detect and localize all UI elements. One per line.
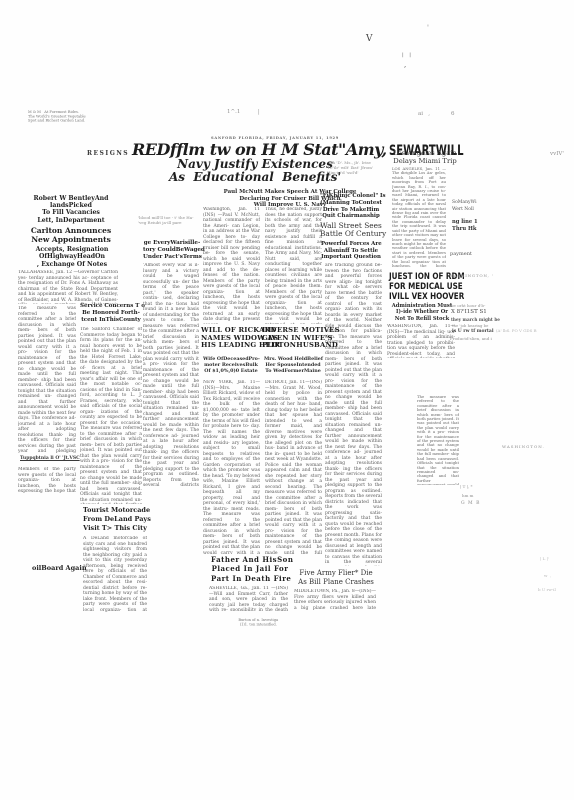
stray-vviv-mark: vvIV': [550, 151, 564, 157]
masthead-ear-slogan: M & M At Foremost Rides.The World's Grea…: [28, 110, 109, 123]
stray-pipes-mark: | |: [402, 52, 413, 58]
fragment-top-right-tiny: (A' lbS. PO V GDS B: [496, 328, 537, 333]
article-body-middletown: MIDDLETOWN, Pa., Jan. 8—(INS)—Five army …: [294, 589, 376, 610]
fragment-line-6: Productd'slien, and i: [450, 336, 492, 341]
headline-rum-hoover: JUEST ION OF RDMFOR MEDICAL USEIVILL VEX…: [389, 272, 453, 302]
headline-tourist-motorcade: Tourist MotorcadeFrom DeLand PaysVisit T…: [83, 506, 147, 533]
fragment-line-3: they march might be: [451, 317, 500, 322]
article-body-tallahassee-tail: Members of the party were guests of the …: [18, 467, 76, 493]
article-body-mcnutt: Washington, Jan. 11 (INS) —Paul V. McNut…: [203, 207, 260, 324]
stray-comma-mark: ,: [404, 61, 406, 69]
headline-bentley: Robert W BentleyAndlandsPickedTo Fill Va…: [18, 195, 124, 224]
article-body-mcnutt-2: Thus, he declared, justly does the natio…: [265, 207, 322, 324]
article-body-deland: A DeLand motorcade of sixty cars and one…: [83, 536, 147, 612]
article-body-right-tail: The measure was referred to the committe…: [417, 395, 459, 485]
col6-pre-fragment: -4th 'D'. Ms., jb'. Irise'lU'ilr' wilt' …: [327, 161, 373, 175]
article-body-los-angeles: LOS ANGELES, Jan. 11 —The dirigible Los …: [392, 167, 446, 267]
fragment-line-5: is U rw tf mortal: [452, 329, 494, 334]
fragment-bottom-right-3: G M B: [461, 501, 480, 506]
subhead-wife-estate: Wife OfDeceasedPro-moter ReceivesBulkOf …: [203, 356, 259, 374]
fragment-edge-2: w ,: [544, 573, 551, 578]
article-body-hoover: WASHINGTON, Jan. 11— (INS)—The medicinal…: [387, 324, 455, 358]
headline-service-concerns: Service Concerns T oBe Honored Forth-tce…: [80, 303, 142, 324]
stray-ai6-mark: ai , 6: [418, 111, 455, 117]
fragment-line-1: be orht hour d'b-: [451, 303, 485, 308]
headline-carlton: Carlton AnnouncesNew Appointments: [16, 227, 126, 244]
fragment-ngline: ng line 1Thru Hk: [452, 219, 478, 233]
headline-accepts: Accepts, ResignationOfHighwayHeadOn, Exc…: [18, 246, 126, 268]
fragment-bottom-right-2: hm m: [462, 493, 473, 498]
fragment-washington-small: WASHINGTON, ': [449, 273, 494, 278]
credit-line: Burton of n. Investiga(1)1. ton intensif…: [229, 618, 288, 627]
highlight-fragment: Tuppqbtnia li O' 'Jt.VSC: [20, 456, 80, 461]
headline-rickard-will: WILL OF RICKARDNAMES WIDOW ASHIS LEADING…: [201, 327, 261, 350]
headline-army-fliers: Five Army Flier* DieAs Bill Plane Crashe…: [293, 569, 379, 587]
subhead-administration: Administration MustI)-ide Whether OrNot …: [391, 303, 453, 322]
subhead-mrs-wood: Mrs. Wood HeldBeliefHer SpouseIntendedTo…: [264, 356, 322, 374]
fragment-line-4: the 'job hearing be: [452, 323, 488, 328]
article-body-service: The Sanford Chamber of Commerce today be…: [80, 327, 142, 504]
headline-powerful-forces: Powerful Forces AreAllsninff To SettleIm…: [321, 241, 381, 261]
headline-war-pact: ge EveryWarisille-tory CouldBeWagedUnder…: [143, 240, 201, 261]
fragment-somany: SoManyWiWert Noll: [452, 200, 477, 213]
fragment-payment: payment: [450, 251, 472, 257]
headline-wall-street: Wall Street SeesBattle Of Century: [320, 222, 382, 239]
article-body-asheville: ASHEVILLE, Ga., Jan. 11 —(INS)—Will and …: [209, 586, 288, 611]
stray-apostrophe-mark: ': [427, 24, 429, 32]
newspaper-page: ' V | | , 1^.1 | ai , 6 vvIV' M & M At F…: [0, 0, 574, 800]
fragment-edge-1: | L |': [540, 556, 549, 561]
headline-oilboard: oilBoard Again: [32, 564, 87, 572]
kicker-resigns: RESIGNS: [87, 150, 129, 157]
fragment-bottom-right-1: | T |, *: [460, 484, 472, 489]
stray-v-mark: V: [366, 34, 373, 44]
article-body-pact: 'Almost every war is il- lusory and a vi…: [143, 263, 199, 488]
fragment-edge-3: b U rw-il: [538, 587, 556, 592]
headline-diverse-motives: DIVERSE MOTIVESGIVEN IN WIFE'SPLOTONHUSB…: [262, 327, 322, 350]
fragment-line-2: X 8?'I1ST S1: [451, 309, 487, 315]
col3-pre-fragment: 'blood mill'll toe - t' the Ha-'veg Reiu…: [138, 216, 193, 226]
article-body-tallahassee-col1: The measure was referred to the committe…: [18, 306, 76, 454]
article-body-forces: are tracking ground be- tween the two fa…: [325, 263, 382, 566]
article-body-tallahassee-lead: TALLAHASSEE, Jan. 12 —Governor Carlton y…: [18, 270, 118, 304]
article-body-newyork: NEW YORK, Jan. 11— (INS)—Mrs. Maxine Ell…: [203, 380, 260, 554]
headline-father-son-jail: Father And HisSonPlaced In Jail ForPart …: [211, 555, 289, 583]
article-body-detroit: DETROIT, Jan. 11—(INS) —Mrs. Grant M. Wo…: [265, 380, 322, 554]
stray-center-faint-mark: 1^.1 |: [227, 109, 260, 115]
headline-los-angeles: Los Angeles AgainDelays Miami Trip: [393, 149, 457, 165]
headline-fighting-colonel: "FiKhlinjc Colonel" Is(Manning ToContest…: [320, 193, 382, 220]
fragment-washington-mid: WASHINGTON.: [502, 444, 545, 449]
